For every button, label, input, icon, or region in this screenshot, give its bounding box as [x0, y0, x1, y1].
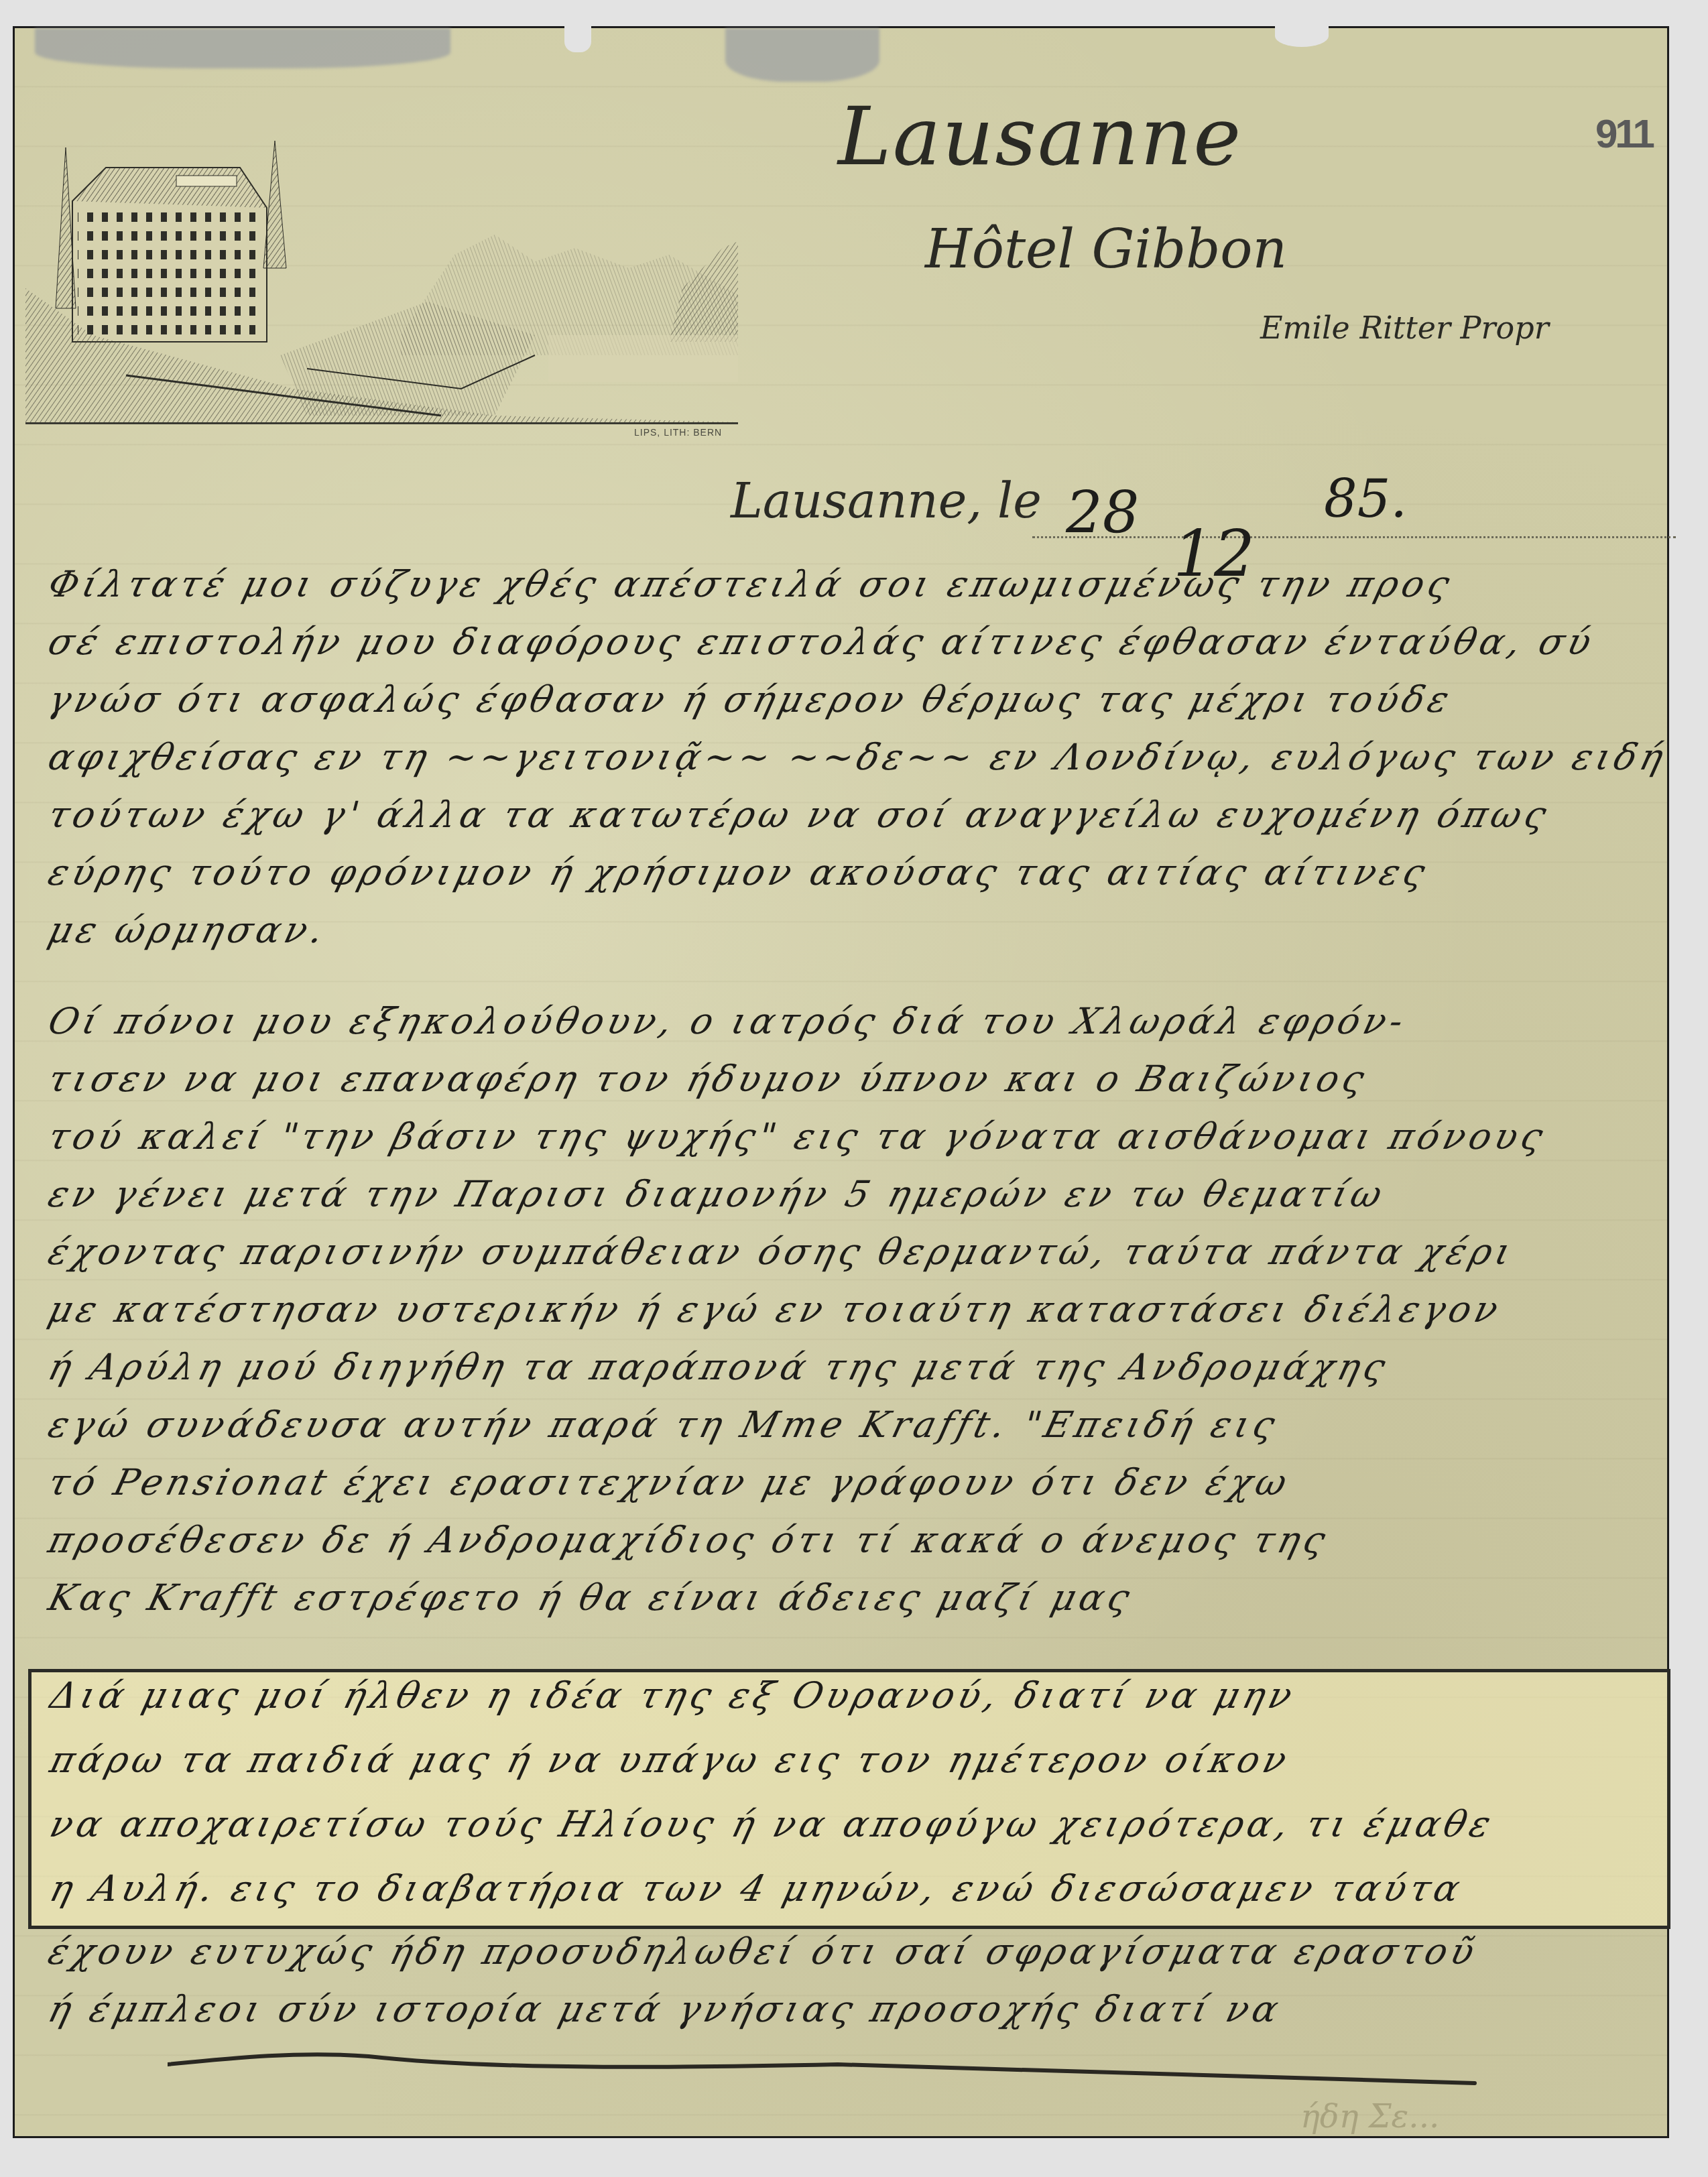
- closing-line: έχουν ευτυχώς ήδη προσυδηλωθεί ότι σαί σ…: [40, 1930, 1670, 1988]
- letterhead-hotel-name: Hôtel Gibbon: [925, 218, 1287, 280]
- body-line: σέ επιστολήν μου διαφόρους επιστολάς αίτ…: [40, 621, 1670, 678]
- highlighted-line: η Αυλή. εις το διαβατήρια των 4 μηνών, ε…: [40, 1867, 1672, 1932]
- highlighted-line: πάρω τα παιδιά μας ή να υπάγω εις τον ημ…: [40, 1739, 1672, 1803]
- archive-page-number: 911: [1595, 111, 1652, 157]
- body-line: γνώσ ότι ασφαλώς έφθασαν ή σήμερον θέρμω…: [40, 678, 1670, 736]
- torn-edge: [1275, 25, 1329, 47]
- body-line: τού καλεί "την βάσιν της ψυχής" εις τα γ…: [40, 1115, 1670, 1173]
- dateline-prefix: Lausanne, le: [731, 473, 1042, 529]
- paragraph-gap: [40, 967, 1664, 1000]
- body-line: προσέθεσεν δε ή Ανδρομαχίδιος ότι τί κακ…: [40, 1519, 1670, 1576]
- body-line: εγώ συνάδευσα αυτήν παρά τη Mme Krafft. …: [40, 1404, 1670, 1461]
- body-line: με ώρμησαν.: [40, 909, 1670, 967]
- body-line: Φίλτατέ μοι σύζυγε χθές απέστειλά σοι επ…: [40, 563, 1670, 621]
- body-line: τισεν να μοι επαναφέρη τον ήδυμον ύπνον …: [40, 1058, 1670, 1115]
- closing-line: ή έμπλεοι σύν ιστορία μετά γνήσιας προσο…: [40, 1988, 1670, 2046]
- date-year: 85.: [1324, 469, 1407, 530]
- body-line: τό Pensionat έχει ερασιτεχνίαν με γράφου…: [40, 1461, 1670, 1519]
- hotel-landscape-icon: [25, 134, 738, 422]
- letterhead-city: Lausanne: [838, 90, 1242, 184]
- body-line: τούτων έχω γ' άλλα τα κατωτέρω να σοί αν…: [40, 794, 1670, 851]
- highlighted-passage: Διά μιας μοί ήλθεν η ιδέα της εξ Ουρανού…: [40, 1674, 1656, 1932]
- body-line: με κατέστησαν υστερικήν ή εγώ εν τοιαύτη…: [40, 1288, 1670, 1346]
- date-day: 28: [1066, 479, 1139, 546]
- letterhead-proprietor: Emile Ritter Propr: [1260, 310, 1549, 346]
- lithographer-credit: LIPS, LITH: BERN: [634, 427, 722, 438]
- torn-edge: [564, 25, 591, 52]
- highlighted-line: να αποχαιρετίσω τούς Ηλίους ή να αποφύγω…: [40, 1803, 1672, 1867]
- faint-offset-writing: ήδη Σε...: [1300, 2098, 1439, 2135]
- body-line: ή Αρύλη μού διηγήθη τα παράπονά της μετά…: [40, 1346, 1670, 1404]
- body-line: Κας Krafft εστρέφετο ή θα είναι άδειες μ…: [40, 1576, 1670, 1634]
- water-stain: [35, 28, 450, 68]
- body-line: Οί πόνοι μου εξηκολούθουν, ο ιατρός διά …: [40, 1000, 1670, 1058]
- water-stain: [725, 28, 879, 82]
- closing-lines: έχουν ευτυχώς ήδη προσυδηλωθεί ότι σαί σ…: [40, 1930, 1656, 2046]
- body-line: εύρης τούτο φρόνιμον ή χρήσιμον ακούσας …: [40, 851, 1670, 909]
- body-line: αφιχθείσας εν τη ~~γειτονιᾷ~~ ~~δε~~ εν …: [40, 736, 1670, 794]
- highlighted-line: Διά μιας μοί ήλθεν η ιδέα της εξ Ουρανού…: [40, 1674, 1672, 1739]
- underline-flourish-icon: [168, 2051, 1522, 2098]
- hotel-engraving-illustration: [25, 134, 738, 424]
- body-line: έχοντας παρισινήν συμπάθειαν όσης θερμαν…: [40, 1231, 1670, 1288]
- letter-body: Φίλτατέ μοι σύζυγε χθές απέστειλά σοι επ…: [40, 563, 1656, 1634]
- body-line: εν γένει μετά την Παρισι διαμονήν 5 ημερ…: [40, 1173, 1670, 1231]
